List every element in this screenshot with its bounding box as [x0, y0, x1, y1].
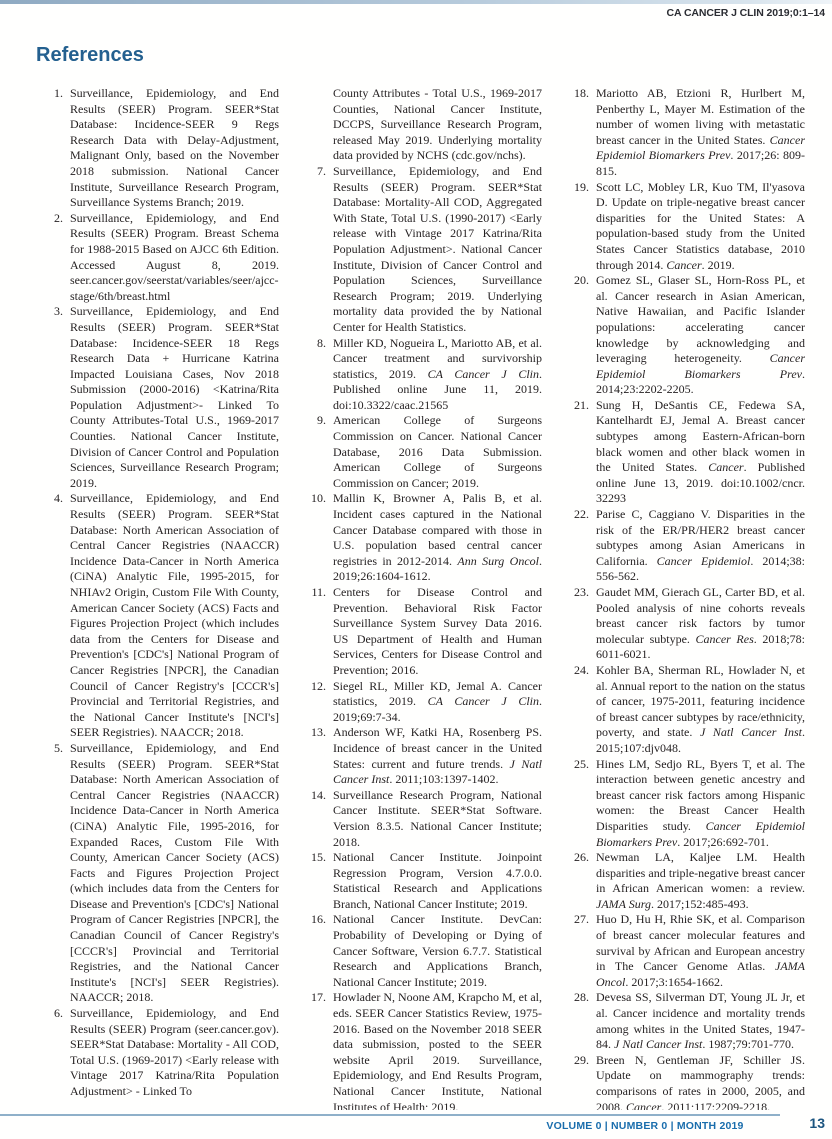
reference-number: 9.: [309, 413, 326, 491]
footer-rule: [0, 1114, 780, 1116]
reference-item: 2.Surveillance, Epidemiology, and End Re…: [46, 211, 279, 305]
reference-item: 22.Parise C, Caggiano V. Disparities in …: [572, 507, 805, 585]
reference-item: 25.Hines LM, Sedjo RL, Byers T, et al. T…: [572, 757, 805, 851]
reference-number: 15.: [309, 850, 326, 912]
references-column-3: 18.Mariotto AB, Etzioni R, Hurlbert M, P…: [572, 86, 805, 1110]
reference-text: Mallin K, Browner A, Palis B, et al. Inc…: [333, 491, 542, 585]
reference-number: 11.: [309, 585, 326, 679]
reference-text: Sung H, DeSantis CE, Fedewa SA, Kantelha…: [596, 398, 805, 507]
reference-item: 14.Surveillance Research Program, Nation…: [309, 788, 542, 850]
reference-item: 5.Surveillance, Epidemiology, and End Re…: [46, 741, 279, 1006]
reference-item: 7.Surveillance, Epidemiology, and End Re…: [309, 164, 542, 336]
reference-text: Parise C, Caggiano V. Disparities in the…: [596, 507, 805, 585]
references-column-1: 1.Surveillance, Epidemiology, and End Re…: [46, 86, 279, 1110]
reference-number: 29.: [572, 1053, 589, 1110]
reference-number: 12.: [309, 679, 326, 726]
reference-item: 10.Mallin K, Browner A, Palis B, et al. …: [309, 491, 542, 585]
reference-text: Surveillance Research Program, National …: [333, 788, 542, 850]
reference-number: 3.: [46, 304, 63, 491]
reference-item: 27.Huo D, Hu H, Rhie SK, et al. Comparis…: [572, 912, 805, 990]
journal-citation: CA CANCER J CLIN 2019;0:1–14: [667, 7, 825, 19]
reference-text: Surveillance, Epidemiology, and End Resu…: [333, 164, 542, 336]
reference-number: 23.: [572, 585, 589, 663]
reference-text: Surveillance, Epidemiology, and End Resu…: [70, 1006, 279, 1100]
reference-item: 8.Miller KD, Nogueira L, Mariotto AB, et…: [309, 336, 542, 414]
reference-item: 16.National Cancer Institute. DevCan: Pr…: [309, 912, 542, 990]
reference-number: 18.: [572, 86, 589, 180]
reference-item: 18.Mariotto AB, Etzioni R, Hurlbert M, P…: [572, 86, 805, 180]
reference-item: 15.National Cancer Institute. Joinpoint …: [309, 850, 542, 912]
reference-item: 26.Newman LA, Kaljee LM. Health disparit…: [572, 850, 805, 912]
reference-number: 26.: [572, 850, 589, 912]
reference-text: Siegel RL, Miller KD, Jemal A. Cancer st…: [333, 679, 542, 726]
reference-item: 11.Centers for Disease Control and Preve…: [309, 585, 542, 679]
references-list: 1.Surveillance, Epidemiology, and End Re…: [46, 86, 805, 1110]
top-rule: [0, 0, 832, 4]
page-number: 13: [809, 1115, 825, 1131]
reference-item: 12.Siegel RL, Miller KD, Jemal A. Cancer…: [309, 679, 542, 726]
reference-text: Devesa SS, Silverman DT, Young JL Jr, et…: [596, 990, 805, 1052]
reference-item: 1.Surveillance, Epidemiology, and End Re…: [46, 86, 279, 211]
reference-number: 17.: [309, 990, 326, 1110]
reference-number: 14.: [309, 788, 326, 850]
references-column-2: County Attributes - Total U.S., 1969-201…: [309, 86, 542, 1110]
reference-text: Anderson WF, Katki HA, Rosenberg PS. Inc…: [333, 725, 542, 787]
reference-number: 5.: [46, 741, 63, 1006]
reference-text: Kohler BA, Sherman RL, Howlader N, et al…: [596, 663, 805, 757]
reference-text: Hines LM, Sedjo RL, Byers T, et al. The …: [596, 757, 805, 851]
reference-item: 6.Surveillance, Epidemiology, and End Re…: [46, 1006, 279, 1100]
reference-text: Mariotto AB, Etzioni R, Hurlbert M, Penb…: [596, 86, 805, 180]
reference-item: 4.Surveillance, Epidemiology, and End Re…: [46, 491, 279, 741]
reference-text: Surveillance, Epidemiology, and End Resu…: [70, 304, 279, 491]
reference-text: American College of Surgeons Commission …: [333, 413, 542, 491]
reference-text: Centers for Disease Control and Preventi…: [333, 585, 542, 679]
reference-number: 4.: [46, 491, 63, 741]
journal-page: CA CANCER J CLIN 2019;0:1–14 References …: [0, 0, 832, 1139]
reference-number: 8.: [309, 336, 326, 414]
reference-continuation: County Attributes - Total U.S., 1969-201…: [309, 86, 542, 164]
reference-text: National Cancer Institute. Joinpoint Reg…: [333, 850, 542, 912]
reference-number: 21.: [572, 398, 589, 507]
reference-number: 1.: [46, 86, 63, 211]
reference-item: 24.Kohler BA, Sherman RL, Howlader N, et…: [572, 663, 805, 757]
reference-number: 19.: [572, 180, 589, 274]
reference-item: 21.Sung H, DeSantis CE, Fedewa SA, Kante…: [572, 398, 805, 507]
reference-item: 28.Devesa SS, Silverman DT, Young JL Jr,…: [572, 990, 805, 1052]
reference-text: Gaudet MM, Gierach GL, Carter BD, et al.…: [596, 585, 805, 663]
reference-text: Newman LA, Kaljee LM. Health disparities…: [596, 850, 805, 912]
reference-number: 6.: [46, 1006, 63, 1100]
reference-number: 13.: [309, 725, 326, 787]
reference-item: 29.Breen N, Gentleman JF, Schiller JS. U…: [572, 1053, 805, 1110]
page-title: References: [36, 44, 144, 67]
reference-text: Scott LC, Mobley LR, Kuo TM, Il'yasova D…: [596, 180, 805, 274]
reference-text: Surveillance, Epidemiology, and End Resu…: [70, 211, 279, 305]
reference-item: 19.Scott LC, Mobley LR, Kuo TM, Il'yasov…: [572, 180, 805, 274]
reference-item: 3.Surveillance, Epidemiology, and End Re…: [46, 304, 279, 491]
reference-text: Surveillance, Epidemiology, and End Resu…: [70, 491, 279, 741]
reference-number: [309, 86, 326, 164]
reference-item: 9.American College of Surgeons Commissio…: [309, 413, 542, 491]
reference-text: Howlader N, Noone AM, Krapcho M, et al, …: [333, 990, 542, 1110]
reference-number: 2.: [46, 211, 63, 305]
footer-volume-line: VOLUME 0 | NUMBER 0 | MONTH 2019: [470, 1120, 820, 1132]
reference-item: 13.Anderson WF, Katki HA, Rosenberg PS. …: [309, 725, 542, 787]
reference-number: 24.: [572, 663, 589, 757]
reference-text: National Cancer Institute. DevCan: Proba…: [333, 912, 542, 990]
reference-number: 20.: [572, 273, 589, 398]
reference-number: 25.: [572, 757, 589, 851]
reference-item: 20.Gomez SL, Glaser SL, Horn-Ross PL, et…: [572, 273, 805, 398]
reference-text: Gomez SL, Glaser SL, Horn-Ross PL, et al…: [596, 273, 805, 398]
reference-text: Surveillance, Epidemiology, and End Resu…: [70, 741, 279, 1006]
reference-number: 28.: [572, 990, 589, 1052]
reference-item: 23.Gaudet MM, Gierach GL, Carter BD, et …: [572, 585, 805, 663]
reference-text: Surveillance, Epidemiology, and End Resu…: [70, 86, 279, 211]
reference-text: County Attributes - Total U.S., 1969-201…: [333, 86, 542, 164]
reference-item: 17.Howlader N, Noone AM, Krapcho M, et a…: [309, 990, 542, 1110]
reference-number: 27.: [572, 912, 589, 990]
reference-text: Miller KD, Nogueira L, Mariotto AB, et a…: [333, 336, 542, 414]
reference-number: 7.: [309, 164, 326, 336]
reference-number: 10.: [309, 491, 326, 585]
reference-text: Breen N, Gentleman JF, Schiller JS. Upda…: [596, 1053, 805, 1110]
reference-number: 16.: [309, 912, 326, 990]
reference-number: 22.: [572, 507, 589, 585]
reference-text: Huo D, Hu H, Rhie SK, et al. Comparison …: [596, 912, 805, 990]
